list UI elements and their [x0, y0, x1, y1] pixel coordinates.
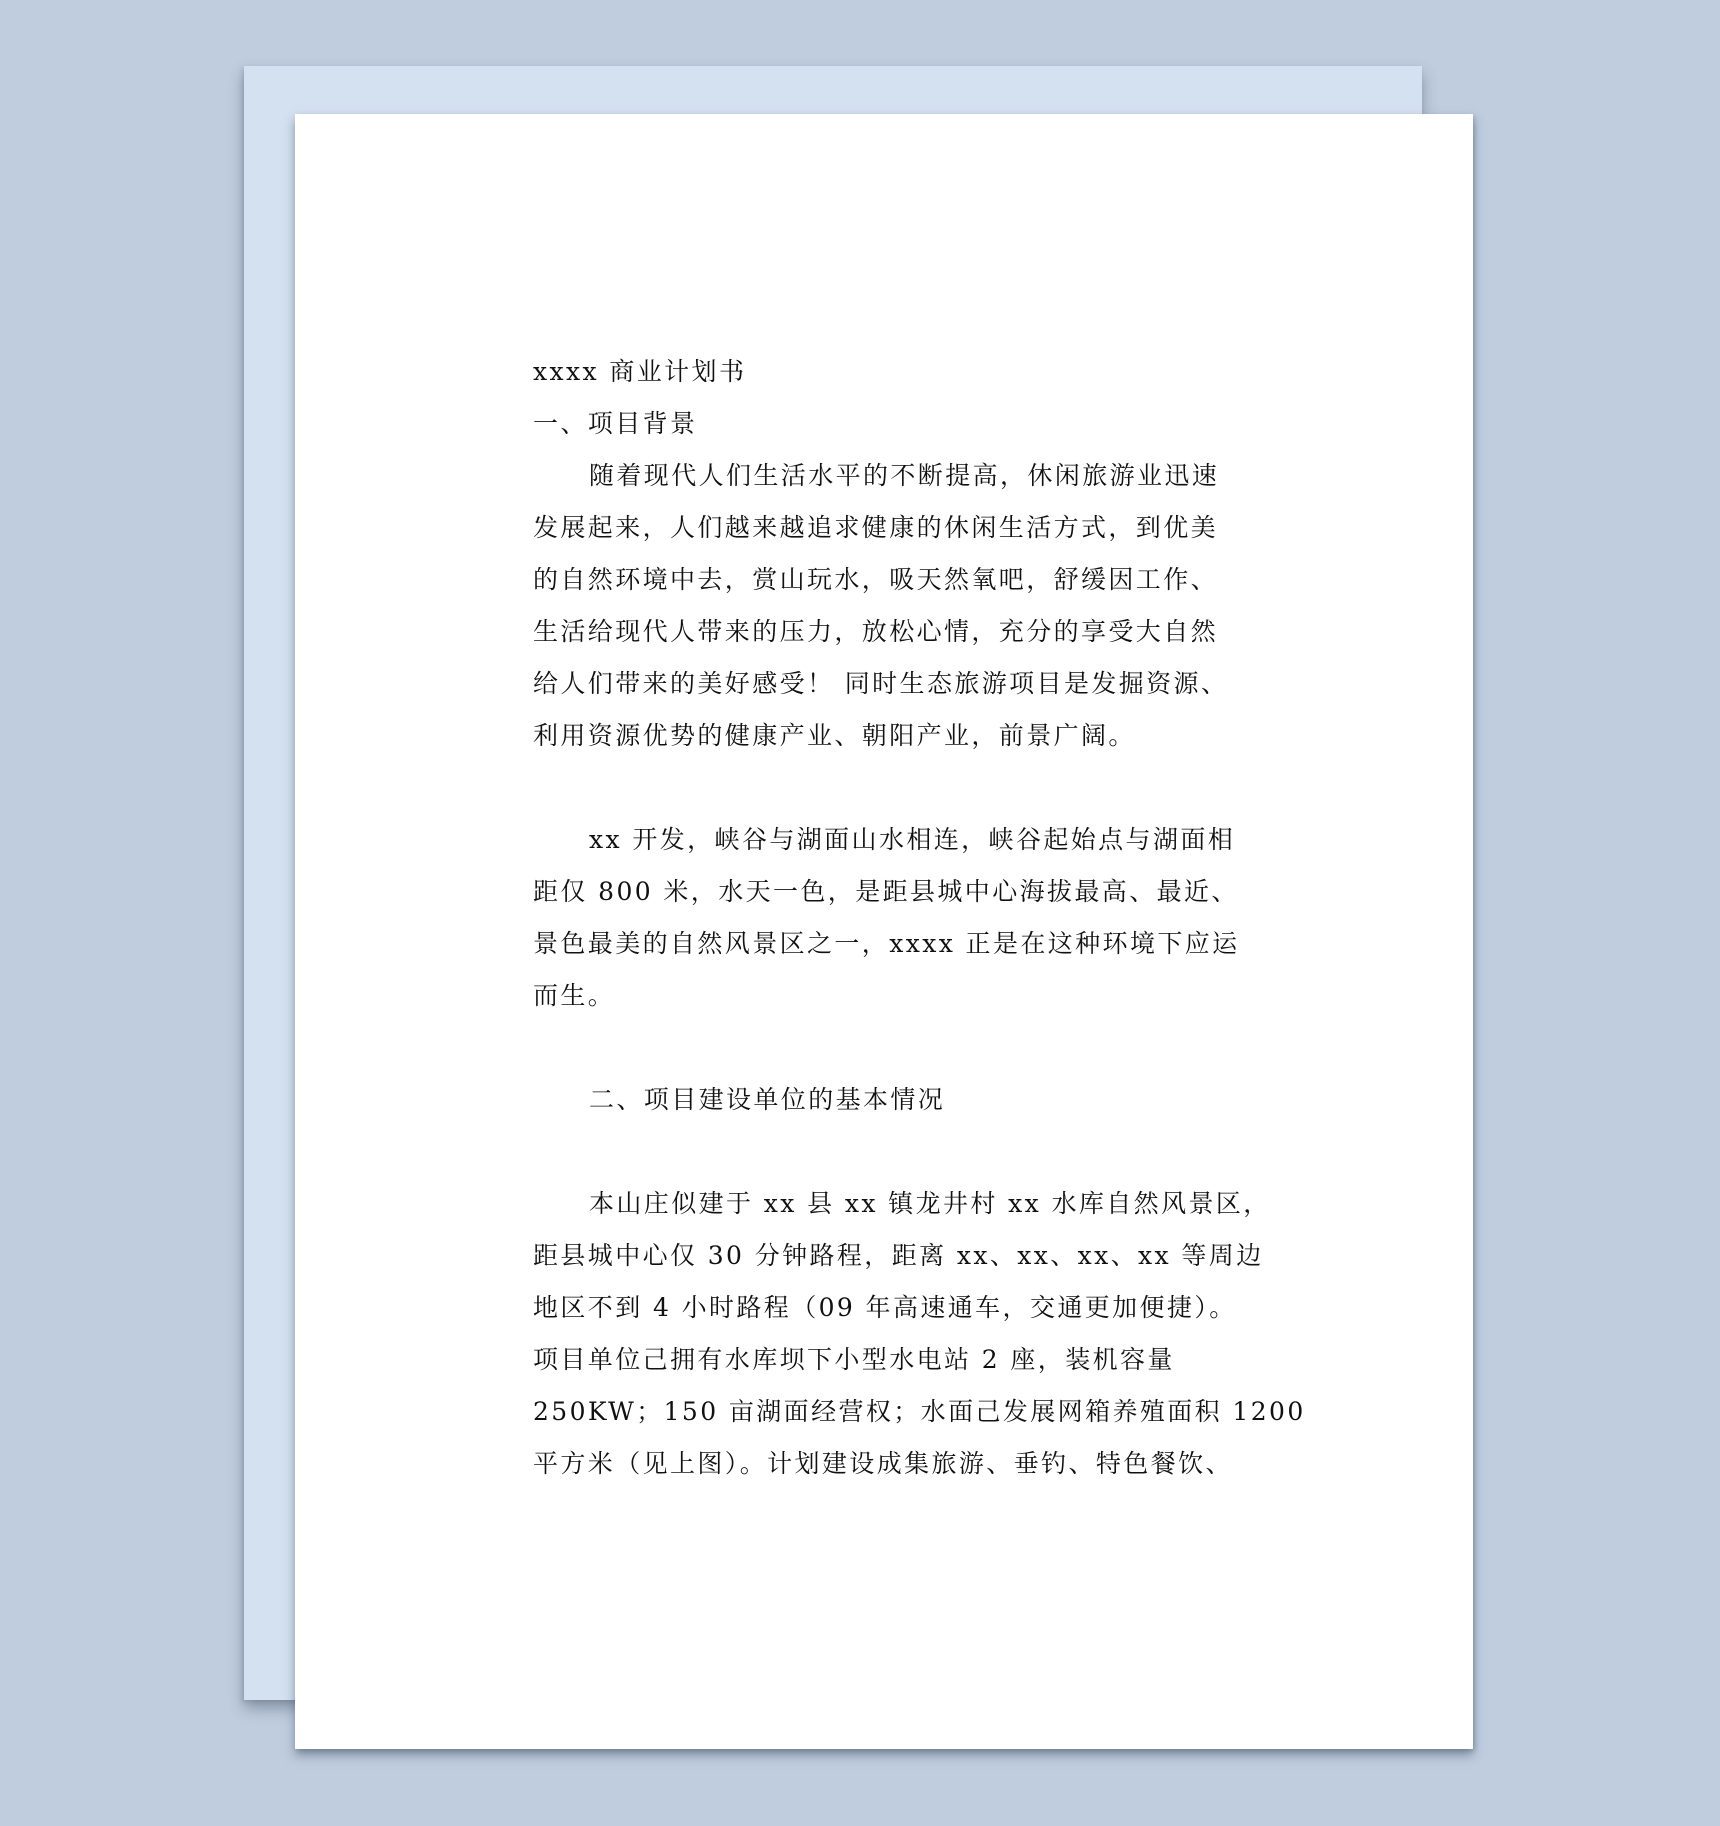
- paragraph-background-1: 随着现代人们生活水平的不断提高，休闲旅游业迅速 发展起来，人们越来越追求健康的休…: [533, 450, 1273, 762]
- paragraph-background-2: xx 开发，峡谷与湖面山水相连，峡谷起始点与湖面相 距仅 800 米，水天一色，…: [533, 814, 1273, 1022]
- blank-line: [533, 1022, 1273, 1074]
- document-body: xxxx 商业计划书 一、项目背景 随着现代人们生活水平的不断提高，休闲旅游业迅…: [533, 346, 1273, 1490]
- paragraph-line: 而生。: [533, 970, 1273, 1022]
- section-heading-2: 二、项目建设单位的基本情况: [533, 1074, 1273, 1126]
- paragraph-line: 项目单位己拥有水库坝下小型水电站 2 座，装机容量: [533, 1334, 1273, 1386]
- paragraph-line: xx 开发，峡谷与湖面山水相连，峡谷起始点与湖面相: [533, 814, 1273, 866]
- paragraph-line: 本山庄似建于 xx 县 xx 镇龙井村 xx 水库自然风景区，: [533, 1178, 1273, 1230]
- paragraph-line: 地区不到 4 小时路程（09 年高速通车，交通更加便捷）。: [533, 1282, 1273, 1334]
- paragraph-line: 利用资源优势的健康产业、朝阳产业，前景广阔。: [533, 710, 1273, 762]
- paragraph-line: 的自然环境中去，赏山玩水，吸天然氧吧，舒缓因工作、: [533, 554, 1273, 606]
- blank-line: [533, 762, 1273, 814]
- paragraph-line: 距县城中心仅 30 分钟路程，距离 xx、xx、xx、xx 等周边: [533, 1230, 1273, 1282]
- paragraph-basic-info: 本山庄似建于 xx 县 xx 镇龙井村 xx 水库自然风景区， 距县城中心仅 3…: [533, 1178, 1273, 1490]
- section-heading-1: 一、项目背景: [533, 398, 1273, 450]
- blank-line: [533, 1126, 1273, 1178]
- paragraph-line: 发展起来，人们越来越追求健康的休闲生活方式，到优美: [533, 502, 1273, 554]
- document-title: xxxx 商业计划书: [533, 346, 1273, 398]
- paragraph-line: 景色最美的自然风景区之一，xxxx 正是在这种环境下应运: [533, 918, 1273, 970]
- paragraph-line: 平方米（见上图）。计划建设成集旅游、垂钓、特色餐饮、: [533, 1438, 1273, 1490]
- paragraph-line: 250KW；150 亩湖面经营权；水面己发展网箱养殖面积 1200: [533, 1386, 1273, 1438]
- paragraph-line: 生活给现代人带来的压力，放松心情，充分的享受大自然: [533, 606, 1273, 658]
- paragraph-line: 随着现代人们生活水平的不断提高，休闲旅游业迅速: [533, 450, 1273, 502]
- paragraph-line: 给人们带来的美好感受！ 同时生态旅游项目是发掘资源、: [533, 658, 1273, 710]
- paragraph-line: 距仅 800 米，水天一色，是距县城中心海拔最高、最近、: [533, 866, 1273, 918]
